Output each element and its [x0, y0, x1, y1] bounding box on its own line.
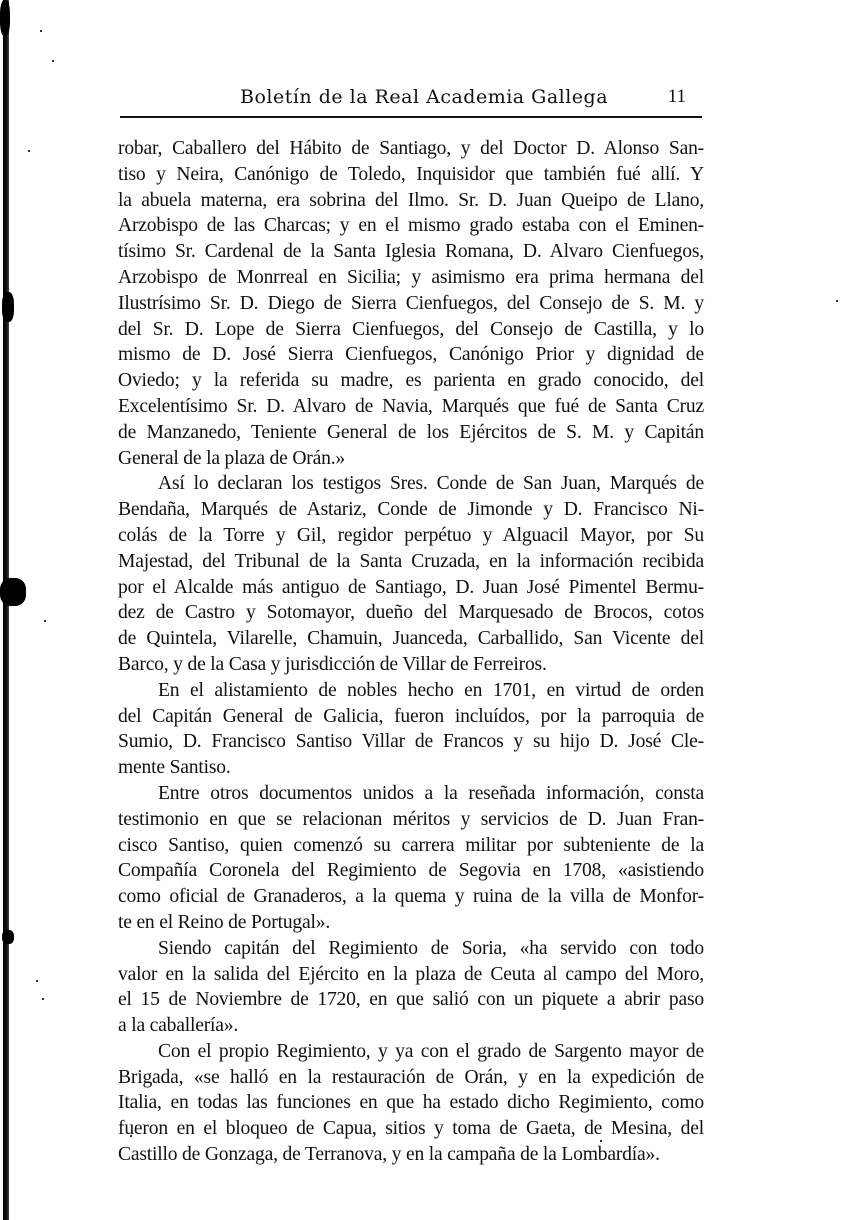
text-line: del Capitán General de Galicia, fueron i…: [118, 704, 704, 730]
paragraph-first-line: Siendo capitán del Regimiento de Soria, …: [118, 936, 704, 962]
scan-speck: [40, 30, 42, 32]
text-line: Arzobispo de Monrreal en Sicilia; y asim…: [118, 265, 704, 291]
scan-speck: [44, 620, 46, 622]
page-number: 11: [668, 86, 686, 108]
text-line: General de la plaza de Orán.»: [118, 446, 704, 472]
text-line: Brigada, «se halló en la restauración de…: [118, 1065, 704, 1091]
text-line: dez de Castro y Sotomayor, dueño del Mar…: [118, 600, 704, 626]
scan-speck: [52, 60, 54, 62]
text-line: el 15 de Noviembre de 1720, en que salió…: [118, 987, 704, 1013]
binding-blot: [0, 0, 10, 36]
text-line: colás de la Torre y Gil, regidor perpétu…: [118, 523, 704, 549]
scan-speck: [36, 980, 38, 982]
text-line: Italia, en todas las funciones en que ha…: [118, 1090, 704, 1116]
text-line: Ilustrísimo Sr. D. Diego de Sierra Cienf…: [118, 291, 704, 317]
body-text: robar, Caballero del Hábito de Santiago,…: [118, 136, 704, 1168]
running-head: Boletín de la Real Academia Gallega 11: [118, 86, 700, 118]
text-line: como oficial de Granaderos, a la quema y…: [118, 884, 704, 910]
text-line: Majestad, del Tribunal de la Santa Cruza…: [118, 549, 704, 575]
text-line: tiso y Neira, Canónigo de Toledo, Inquis…: [118, 162, 704, 188]
text-line: la abuela materna, era sobrina del Ilmo.…: [118, 188, 704, 214]
text-line: testimonio en que se relacionan méritos …: [118, 807, 704, 833]
text-line: cisco Santiso, quien comenzó su carrera …: [118, 833, 704, 859]
text-line: por el Alcalde más antiguo de Santiago, …: [118, 575, 704, 601]
binding-blot: [2, 292, 14, 322]
text-line: Sumio, D. Francisco Santiso Villar de Fr…: [118, 729, 704, 755]
text-line: mismo de D. José Sierra Cienfuegos, Canó…: [118, 342, 704, 368]
scan-speck: [130, 1135, 132, 1137]
text-line: de Manzanedo, Teniente General de los Ej…: [118, 420, 704, 446]
binding-edge: [3, 0, 9, 1220]
text-line: Barco, y de la Casa y jurisdicción de Vi…: [118, 652, 704, 678]
header-rule: [120, 116, 702, 118]
paragraph-first-line: En el alistamiento de nobles hecho en 17…: [118, 678, 704, 704]
text-line: de Quintela, Vilarelle, Chamuin, Juanced…: [118, 626, 704, 652]
text-line: Excelentísimo Sr. D. Alvaro de Navia, Ma…: [118, 394, 704, 420]
text-line: Compañía Coronela del Regimiento de Sego…: [118, 858, 704, 884]
running-title: Boletín de la Real Academia Gallega: [240, 86, 608, 108]
text-line: Oviedo; y la referida su madre, es parie…: [118, 368, 704, 394]
text-line: robar, Caballero del Hábito de Santiago,…: [118, 136, 704, 162]
text-line: del Sr. D. Lope de Sierra Cienfuegos, de…: [118, 317, 704, 343]
text-line: tísimo Sr. Cardenal de la Santa Iglesia …: [118, 239, 704, 265]
text-line: valor en la salida del Ejército en la pl…: [118, 962, 704, 988]
scan-speck: [836, 300, 838, 302]
text-line: te en el Reino de Portugal».: [118, 910, 704, 936]
paragraph-first-line: Con el propio Regimiento, y ya con el gr…: [118, 1039, 704, 1065]
paragraph-first-line: Entre otros documentos unidos a la reseñ…: [118, 781, 704, 807]
text-line: Arzobispo de las Charcas; y en el mismo …: [118, 213, 704, 239]
text-line: mente Santiso.: [118, 755, 704, 781]
scan-speck: [42, 998, 44, 1000]
text-line: Castillo de Gonzaga, de Terranova, y en …: [118, 1142, 704, 1168]
text-line: Bendaña, Marqués de Astariz, Conde de Ji…: [118, 497, 704, 523]
text-line: a la caballería».: [118, 1013, 704, 1039]
document-page: Boletín de la Real Academia Gallega 11 r…: [0, 0, 850, 1220]
scan-speck: [600, 1140, 602, 1142]
text-line: fueron en el bloqueo de Capua, sitios y …: [118, 1116, 704, 1142]
binding-blot: [0, 578, 26, 606]
scan-speck: [28, 150, 30, 152]
paragraph-first-line: Así lo declaran los testigos Sres. Conde…: [118, 471, 704, 497]
binding-blot: [2, 930, 14, 944]
